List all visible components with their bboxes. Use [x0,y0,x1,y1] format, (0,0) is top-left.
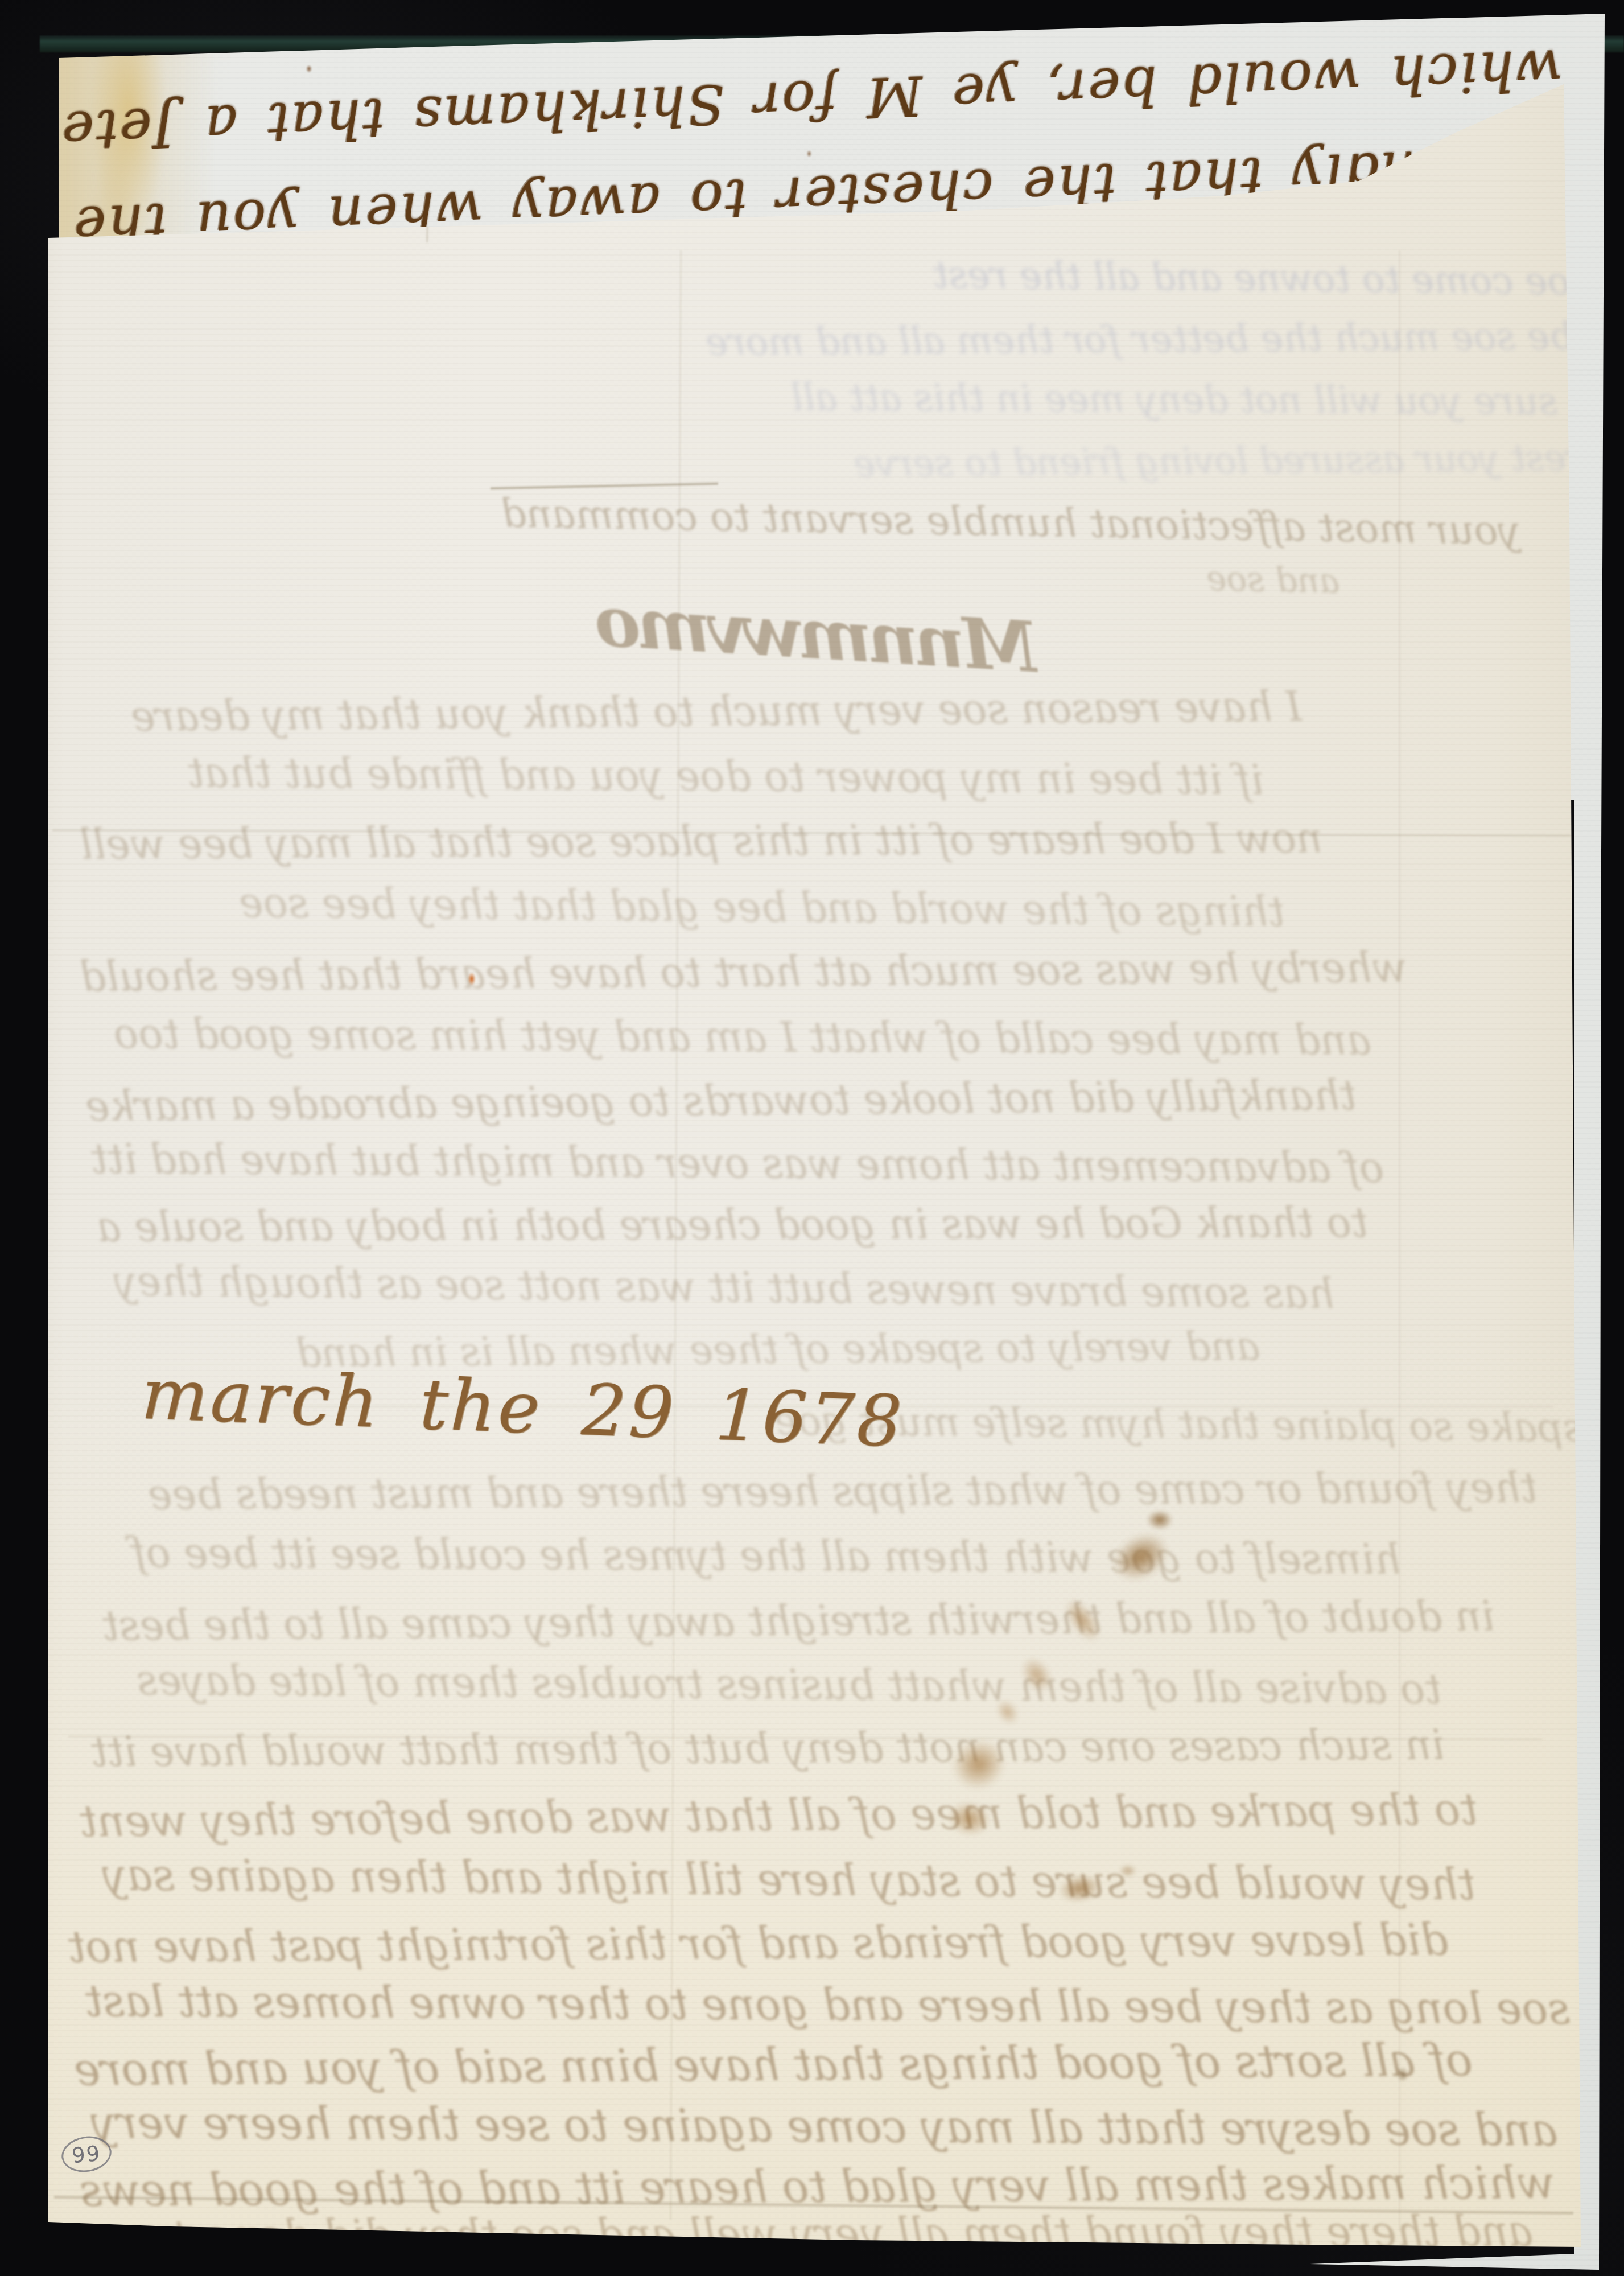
bleed-through-line: and soe [1206,559,1340,602]
rust-stain [806,149,813,158]
bleed-through-line: in doubt of all and therwith streight aw… [102,1592,1495,1649]
bleed-through-line: I have reason soe very much to thank you… [131,682,1302,740]
bleed-through-line: things of the world and bee glad that th… [239,879,1285,936]
bleed-through-line: in such cases one can nott deny butt of … [91,1721,1445,1776]
bleed-through-line: now I doe heare of itt in this place soe… [80,814,1323,868]
bleed-through-line: your most affectionat humble servant to … [500,489,1521,554]
rust-stain [467,970,477,987]
bleed-through-line: of all sorts of good things that have bi… [74,2035,1473,2096]
bleed-through-line: to the parke and told mee of all that wa… [80,1784,1478,1846]
bleed-through-line: Mnnmwvmo [596,580,1040,689]
bleed-through-line: of advancement att home was over and mig… [91,1135,1384,1192]
rust-stain [1395,2065,1410,2084]
scanned-letter-page: kindly that the chester to away when you… [0,0,1624,2276]
crease-line [142,1406,1553,1407]
bleed-through-line: and may bee calld of whatt I am and yett… [114,1010,1371,1064]
bleed-through-line: has some brave newes butt itt was nott s… [114,1257,1335,1318]
bleed-through-line: they found or came of what slipps heere … [148,1464,1538,1519]
bleed-through-line: when they doe come to towne and all the … [933,253,1624,306]
bleed-through-line: to thank God he was in good cheare both … [97,1199,1368,1251]
bleed-through-line: did leave very good freinds and for this… [68,1915,1449,1973]
bleed-through-line: which I am sure you will not deny mee in… [791,375,1624,424]
bleed-through-line: and soe I rest your assured loving frien… [854,435,1624,485]
main-sheet: when they doe come to towne and all the … [0,0,1624,2276]
bleed-through-line: wherby he was soe much att hart to have … [80,944,1407,1001]
archival-number: 99 [71,2141,102,2167]
rust-stain [1116,1862,1139,1879]
bleed-through-line: they would bee sure to stay here till ni… [102,1850,1476,1910]
bleed-through-line: thankfully did not looke towards to goei… [85,1071,1357,1130]
bleed-through-line: to advise all of them whatt busines trou… [137,1656,1442,1713]
bleed-through-line: and there they found them all very well … [171,2207,1533,2261]
bleed-through-line: soe long as they bee all heere and gone … [85,1975,1571,2034]
rust-stain [305,64,313,74]
bleed-through-line: himself to goe with them all the tymes h… [131,1529,1401,1583]
crease-line [491,483,718,489]
crease-line [1399,250,1400,2231]
bleed-through-line: and soe desyre thatt all may come againe… [91,2097,1558,2156]
bleed-through-line: that it may be soe much the better for t… [706,312,1624,364]
rust-stain [1143,1507,1177,1533]
bleed-through-line: if itt bee in my power to doe you and ff… [188,748,1264,804]
